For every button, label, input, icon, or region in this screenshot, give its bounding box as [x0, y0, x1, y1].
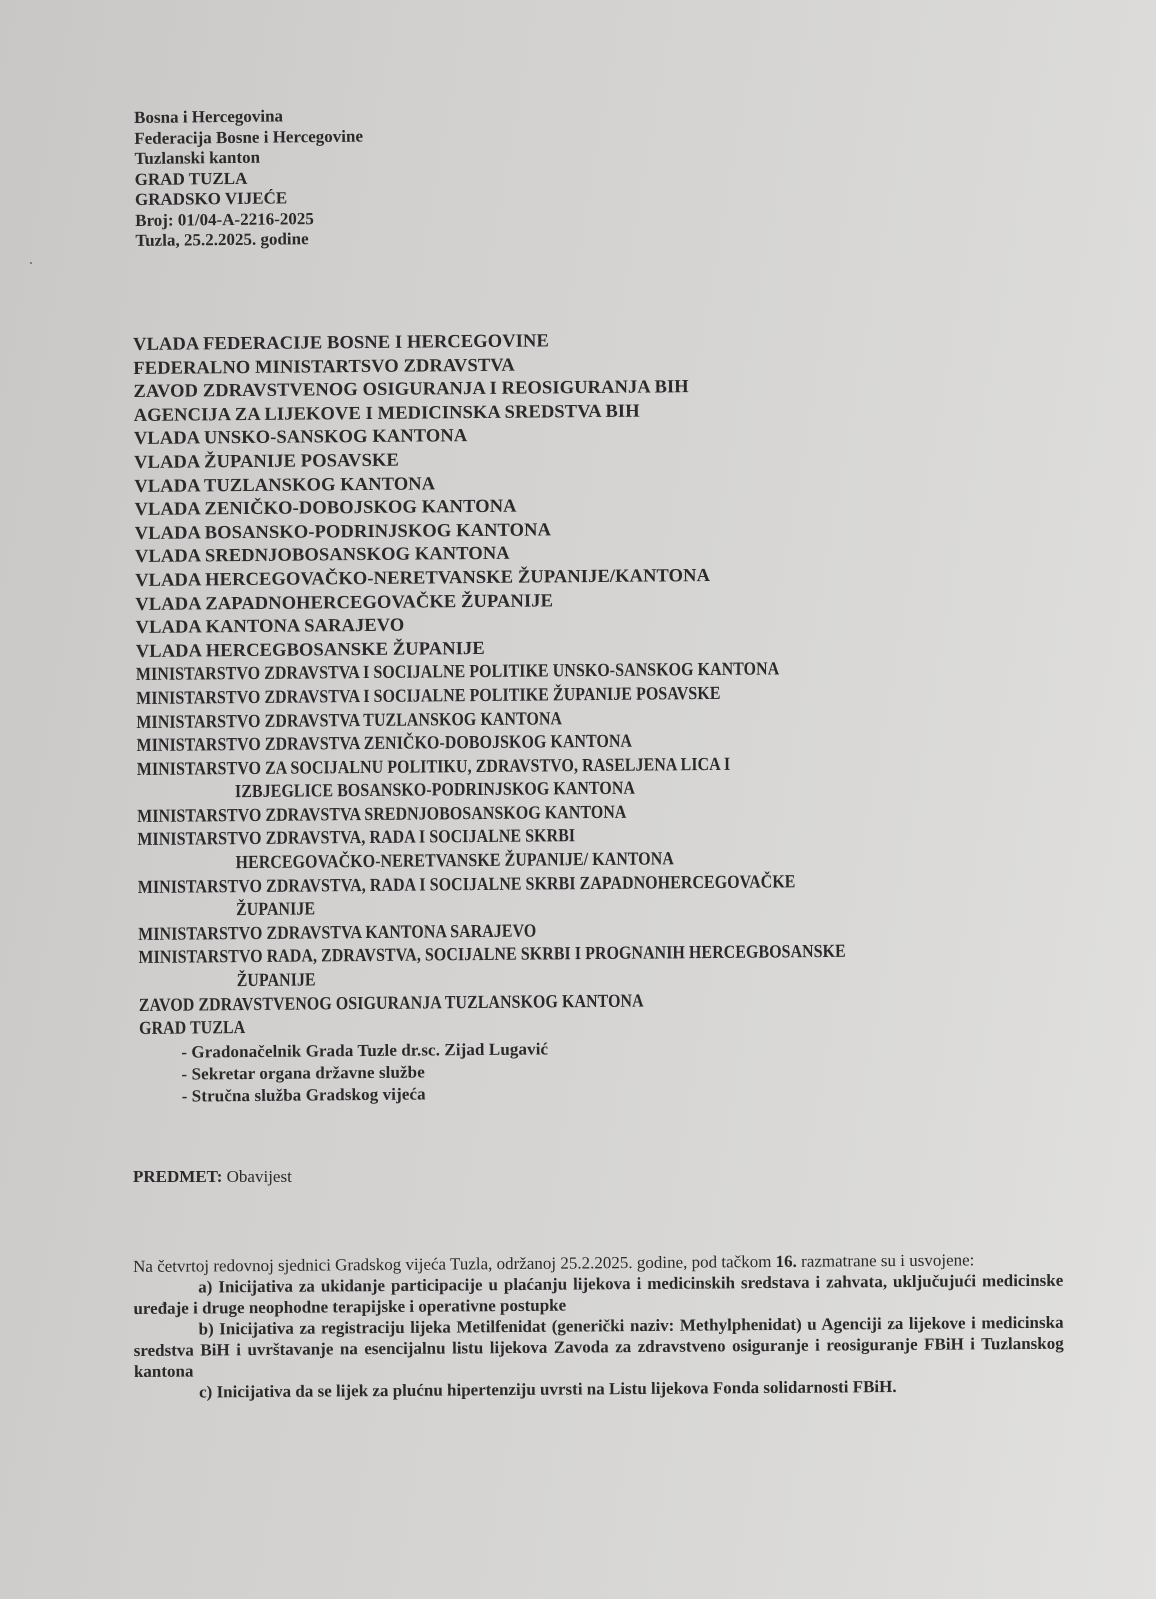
header-city: GRAD TUZLA	[135, 167, 364, 190]
document-body: Na četvrtoj redovnoj sjednici Gradskog v…	[133, 1249, 1064, 1403]
subject-line: PREDMET: Obavijest	[133, 1167, 292, 1187]
subject-label: PREDMET:	[133, 1167, 222, 1186]
intro-text-end: razmatrane su i usvojene:	[797, 1250, 975, 1270]
document-page: Bosna i Hercegovina Federacija Bosne i H…	[0, 0, 1156, 1599]
paper-mark	[30, 262, 32, 264]
document-header: Bosna i Hercegovina Federacija Bosne i H…	[134, 106, 364, 252]
recipient-text: ŽUPANIJE	[237, 969, 316, 993]
header-reference-number: Broj: 01/04-A-2216-2025	[135, 208, 364, 231]
agenda-point: 16.	[776, 1252, 797, 1271]
recipient-text: GRAD TUZLA	[139, 1017, 245, 1042]
subject-value: Obavijest	[227, 1167, 292, 1186]
header-council: GRADSKO VIJEĆE	[135, 188, 364, 211]
header-country: Bosna i Hercegovina	[134, 106, 363, 129]
recipient-text: IZBJEGLICE BOSANSKO-PODRINJSKOG KANTONA	[235, 778, 635, 805]
initiative-item-b: b) Inicijativa za registraciju lijeka Me…	[133, 1312, 1063, 1382]
header-federation: Federacija Bosne i Hercegovine	[134, 126, 363, 149]
header-date: Tuzla, 25.2.2025. godine	[135, 229, 364, 252]
recipient-text: MINISTARSTVO ZDRAVSTVA KANTONA SARAJEVO	[138, 920, 536, 947]
recipients-list: VLADA FEDERACIJE BOSNE I HERCEGOVINE FED…	[133, 327, 962, 1108]
header-canton: Tuzlanski kanton	[134, 147, 363, 170]
recipient-text: ŽUPANIJE	[236, 899, 315, 923]
initiative-item-a: a) Inicijativa za ukidanje participacije…	[133, 1270, 1063, 1319]
recipient-text: ZAVOD ZDRAVSTVENOG OSIGURANJA TUZLANSKOG…	[139, 990, 644, 1018]
